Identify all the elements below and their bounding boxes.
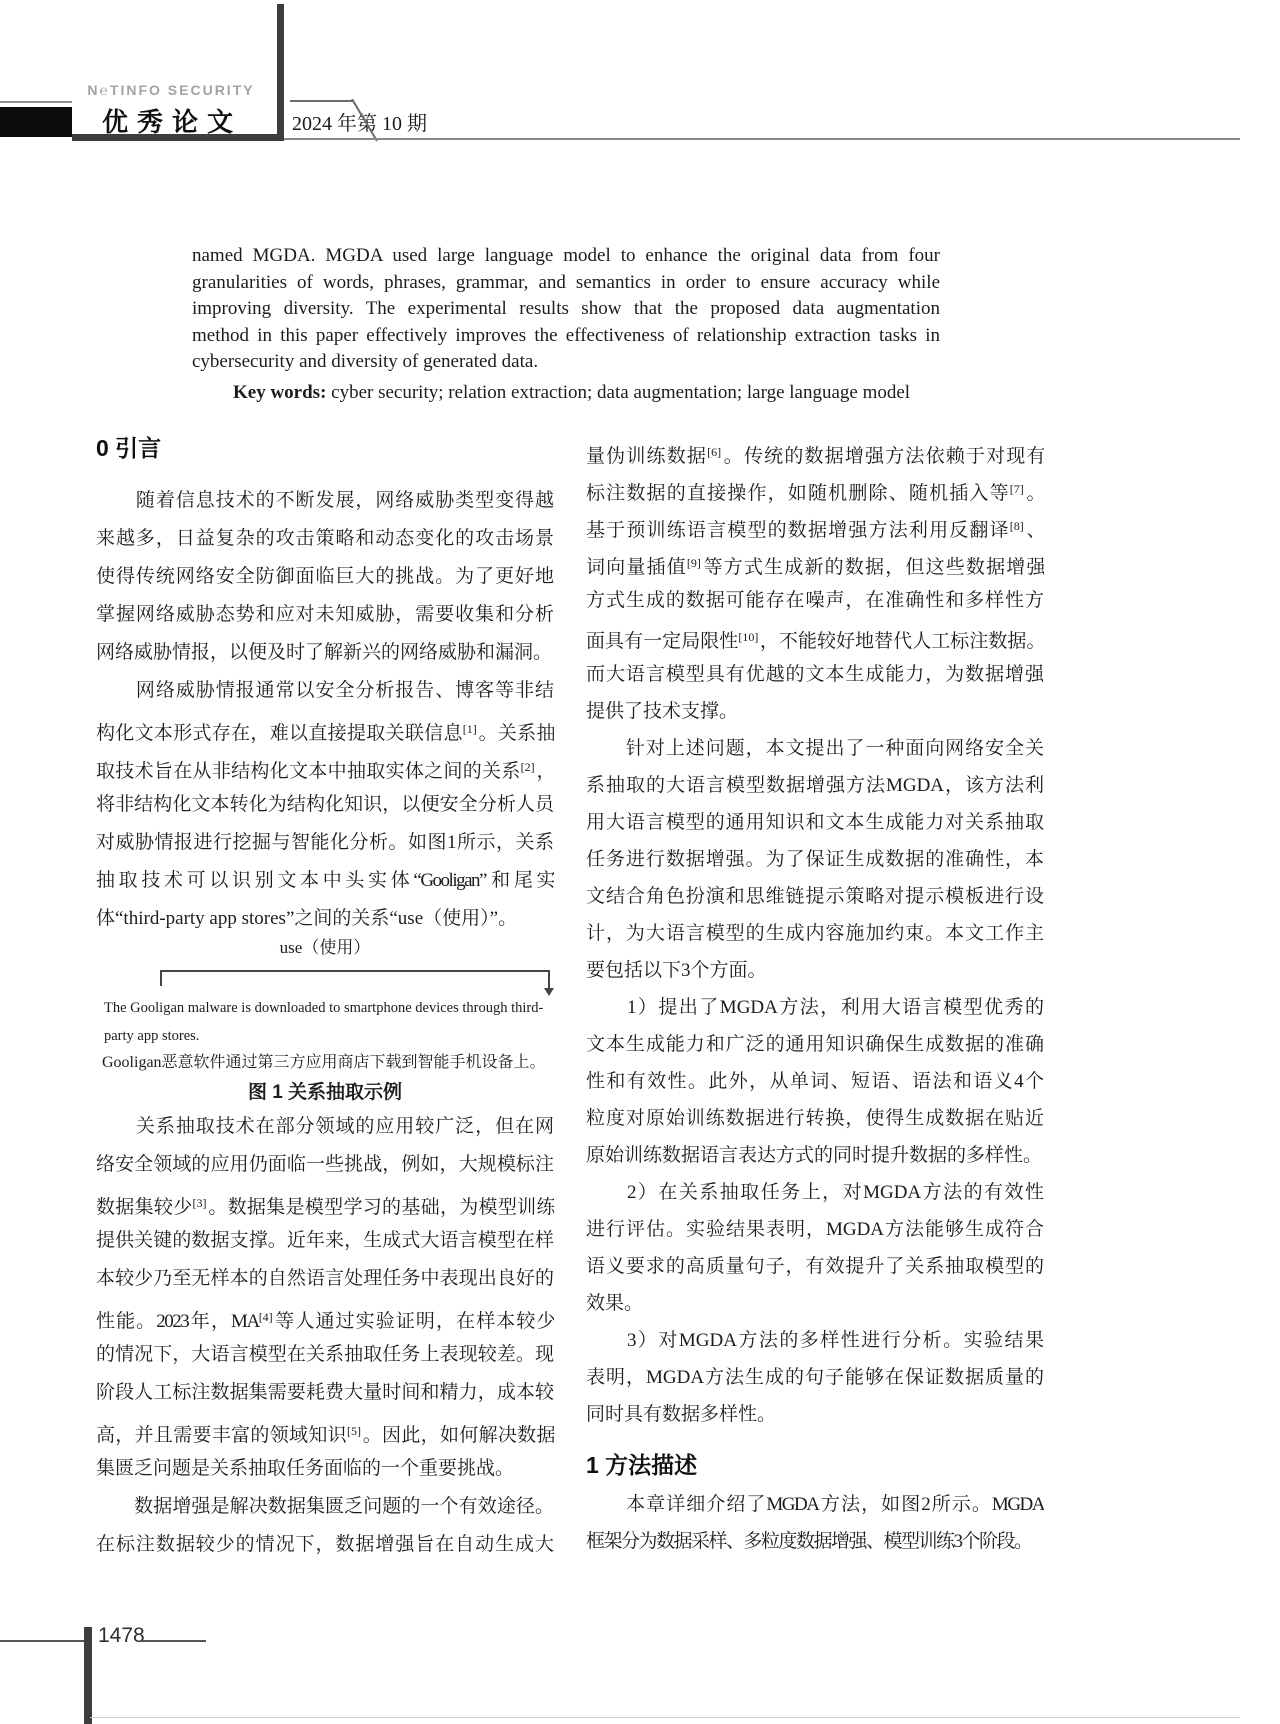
text-line: 数据增强是解决数据集匮乏问题的一个有效途径。 <box>96 1488 554 1526</box>
paragraph-contribution-1: 1）提出了MGDA方法，利用大语言模型优秀的文本生成能力和广泛的通用知识确保生成… <box>586 989 1044 1174</box>
footer-rule-left <box>0 1640 84 1642</box>
arrow-down-icon <box>544 988 554 996</box>
text-line: 网络威胁情报通常以安全分析报告、博客等非结 <box>96 672 554 710</box>
text-line: 进行评估。实验结果表明，MGDA方法能够生成符合 <box>586 1211 1044 1248</box>
text-line: 2）在关系抽取任务上，对MGDA方法的有效性 <box>586 1174 1044 1211</box>
text-line: improving diversity. The experimental re… <box>192 296 940 323</box>
journal-logo: N℮TINFO SECURITY <box>86 82 256 98</box>
text-line: 使得传统网络安全防御面临巨大的挑战。为了更好地 <box>96 558 554 596</box>
text-line: 3）对MGDA方法的多样性进行分析。实验结果 <box>586 1322 1044 1359</box>
keywords-label: Key words: <box>233 382 326 403</box>
figure-sentence: The Gooligan malware is downloaded to sm… <box>96 994 554 1050</box>
text-line: 标注数据的直接操作，如随机删除、随机插入等[7]。 <box>586 471 1044 508</box>
text-line: 本章详细介绍了MGDA方法，如图2所示。MGDA <box>586 1486 1044 1523</box>
issue-tab-top-rule <box>290 100 353 102</box>
header-black-block <box>0 107 72 137</box>
paragraph-intro-4: 数据增强是解决数据集匮乏问题的一个有效途径。在标注数据较少的情况下，数据增强旨在… <box>96 1488 554 1564</box>
text-line: 取技术旨在从非结构化文本中抽取实体之间的关系[2]， <box>96 748 554 786</box>
paragraph-intro-4-continued: 量伪训练数据[6]。传统的数据增强方法依赖于对现有标注数据的直接操作，如随机删除… <box>586 434 1044 730</box>
text-line: 掌握网络威胁态势和应对未知威胁，需要收集和分析 <box>96 596 554 634</box>
header-bottom-rule <box>284 138 1240 140</box>
relation-label: use（使用） <box>96 938 554 964</box>
text-line: party app stores. <box>96 1022 554 1050</box>
text-line: 性和有效性。此外，从单词、短语、语法和语义4个 <box>586 1063 1044 1100</box>
footer-vertical-rule <box>84 1627 92 1724</box>
text-line: 1）提出了MGDA方法，利用大语言模型优秀的 <box>586 989 1044 1026</box>
text-line: 方式生成的数据可能存在噪声，在准确性和多样性方 <box>586 582 1044 619</box>
bracket-bar <box>160 970 550 972</box>
text-line: 任务进行数据增强。为了保证生成数据的准确性，本 <box>586 841 1044 878</box>
text-line: 提供关键的数据支撑。近年来，生成式大语言模型在样 <box>96 1222 554 1260</box>
figure-1: use（使用） The Gooligan malware is download… <box>96 938 554 1108</box>
text-line: 抽取技术可以识别文本中头实体“Gooligan”和尾实 <box>96 862 554 900</box>
text-line: 的情况下，大语言模型在关系抽取任务上表现较差。现 <box>96 1336 554 1374</box>
paragraph-contribution-2: 2）在关系抽取任务上，对MGDA方法的有效性进行评估。实验结果表明，MGDA方法… <box>586 1174 1044 1322</box>
footer-rule-right <box>141 1640 206 1642</box>
text-line: 络安全领域的应用仍面临一些挑战，例如，大规模标注 <box>96 1146 554 1184</box>
keywords-line: Key words: cyber security; relation extr… <box>192 379 940 406</box>
bracket-left-tick <box>160 970 162 986</box>
text-line: 计，为大语言模型的生成内容施加约束。本文工作主 <box>586 915 1044 952</box>
text-line: 关系抽取技术在部分领域的应用较广泛，但在网 <box>96 1108 554 1146</box>
text-line: cybersecurity and diversity of generated… <box>192 349 940 376</box>
text-line: 来越多，日益复杂的攻击策略和动态变化的攻击场景 <box>96 520 554 558</box>
text-line: 将非结构化文本转化为结构化知识，以便安全分析人员 <box>96 786 554 824</box>
text-line: 提供了技术支撑。 <box>586 693 1044 730</box>
text-line: 面具有一定局限性[10]，不能较好地替代人工标注数据。 <box>586 619 1044 656</box>
header-top-rule <box>0 101 72 103</box>
paragraph-intro-1: 随着信息技术的不断发展，网络威胁类型变得越来越多，日益复杂的攻击策略和动态变化的… <box>96 482 554 672</box>
text-line: 文结合角色扮演和思维链提示策略对提示模板进行设 <box>586 878 1044 915</box>
paragraph-proposal: 针对上述问题，本文提出了一种面向网络安全关系抽取的大语言模型数据增强方法MGDA… <box>586 730 1044 989</box>
text-line: 构化文本形式存在，难以直接提取关联信息[1]。关系抽 <box>96 710 554 748</box>
text-line: 阶段人工标注数据集需要耗费大量时间和精力，成本较 <box>96 1374 554 1412</box>
issue-tab-diagonal <box>351 99 378 142</box>
right-column: 量伪训练数据[6]。传统的数据增强方法依赖于对现有标注数据的直接操作，如随机删除… <box>586 434 1044 1560</box>
header-thick-rule <box>72 134 284 141</box>
text-line: 原始训练数据语言表达方式的同时提升数据的多样性。 <box>586 1137 1044 1174</box>
text-line: 体“third-party app stores”之间的关系“use（使用）”。 <box>96 900 554 938</box>
text-line: named MGDA. MGDA used large language mod… <box>192 243 940 270</box>
keywords-text: cyber security; relation extraction; dat… <box>326 382 910 403</box>
text-line: 同时具有数据多样性。 <box>586 1396 1044 1433</box>
text-line: 在标注数据较少的情况下，数据增强旨在自动生成大 <box>96 1526 554 1564</box>
paragraph-intro-3: 关系抽取技术在部分领域的应用较广泛，但在网络安全领域的应用仍面临一些挑战，例如，… <box>96 1108 554 1488</box>
section-heading-method: 1 方法描述 <box>586 1433 1044 1486</box>
text-line: 本较少乃至无样本的自然语言处理任务中表现出良好的 <box>96 1260 554 1298</box>
text-line: 性能。2023年，MA[4]等人通过实验证明，在样本较少 <box>96 1298 554 1336</box>
text-line: 高，并且需要丰富的领域知识[5]。因此，如何解决数据 <box>96 1412 554 1450</box>
text-line: The Gooligan malware is downloaded to sm… <box>96 994 554 1022</box>
text-line: 效果。 <box>586 1285 1044 1322</box>
figure-caption: 图 1 关系抽取示例 <box>96 1080 554 1108</box>
section-heading-introduction: 0 引言 <box>96 430 554 482</box>
page-number: 1478 <box>98 1624 145 1648</box>
abstract-text: named MGDA. MGDA used large language mod… <box>192 243 940 376</box>
text-line: 随着信息技术的不断发展，网络威胁类型变得越 <box>96 482 554 520</box>
header-vertical-rule <box>277 4 284 141</box>
text-line: 而大语言模型具有优越的文本生成能力，为数据增强 <box>586 656 1044 693</box>
text-line: 文本生成能力和广泛的通用知识确保生成数据的准确 <box>586 1026 1044 1063</box>
left-column: 0 引言 随着信息技术的不断发展，网络威胁类型变得越来越多，日益复杂的攻击策略和… <box>96 430 554 1564</box>
text-line: 系抽取的大语言模型数据增强方法MGDA，该方法利 <box>586 767 1044 804</box>
paragraph-intro-2: 网络威胁情报通常以安全分析报告、博客等非结构化文本形式存在，难以直接提取关联信息… <box>96 672 554 938</box>
text-line: 基于预训练语言模型的数据增强方法利用反翻译[8]、 <box>586 508 1044 545</box>
page-bottom-rule <box>90 1717 1240 1718</box>
paragraph-method-1: 本章详细介绍了MGDA方法，如图2所示。MGDA框架分为数据采样、多粒度数据增强… <box>586 1486 1044 1560</box>
arrow-stem <box>548 970 550 990</box>
text-line: 集匮乏问题是关系抽取任务面临的一个重要挑战。 <box>96 1450 554 1488</box>
text-line: 用大语言模型的通用知识和文本生成能力对关系抽取 <box>586 804 1044 841</box>
text-line: 量伪训练数据[6]。传统的数据增强方法依赖于对现有 <box>586 434 1044 471</box>
text-line: 框架分为数据采样、多粒度数据增强、模型训练3个阶段。 <box>586 1523 1044 1560</box>
paragraph-contribution-3: 3）对MGDA方法的多样性进行分析。实验结果表明，MGDA方法生成的句子能够在保… <box>586 1322 1044 1433</box>
text-line: 网络威胁情报，以便及时了解新兴的网络威胁和漏洞。 <box>96 634 554 672</box>
text-line: 要包括以下3个方面。 <box>586 952 1044 989</box>
journal-page: N℮TINFO SECURITY 优秀论文 2024 年第 10 期 named… <box>0 0 1280 1724</box>
text-line: 表明，MGDA方法生成的句子能够在保证数据质量的 <box>586 1359 1044 1396</box>
text-line: 粒度对原始训练数据进行转换，使得生成数据在贴近 <box>586 1100 1044 1137</box>
relation-bracket <box>160 964 550 994</box>
text-line: 对威胁情报进行挖掘与智能化分析。如图1所示，关系 <box>96 824 554 862</box>
figure-translation: Gooligan恶意软件通过第三方应用商店下载到智能手机设备上。 <box>96 1050 554 1080</box>
abstract-block: named MGDA. MGDA used large language mod… <box>192 243 940 406</box>
text-line: method in this paper effectively improve… <box>192 323 940 350</box>
text-line: 语义要求的高质量句子，有效提升了关系抽取模型的 <box>586 1248 1044 1285</box>
text-line: 词向量插值[9]等方式生成新的数据，但这些数据增强 <box>586 545 1044 582</box>
text-line: 数据集较少[3]。数据集是模型学习的基础，为模型训练 <box>96 1184 554 1222</box>
text-line: granularities of words, phrases, grammar… <box>192 270 940 297</box>
text-line: 针对上述问题，本文提出了一种面向网络安全关 <box>586 730 1044 767</box>
